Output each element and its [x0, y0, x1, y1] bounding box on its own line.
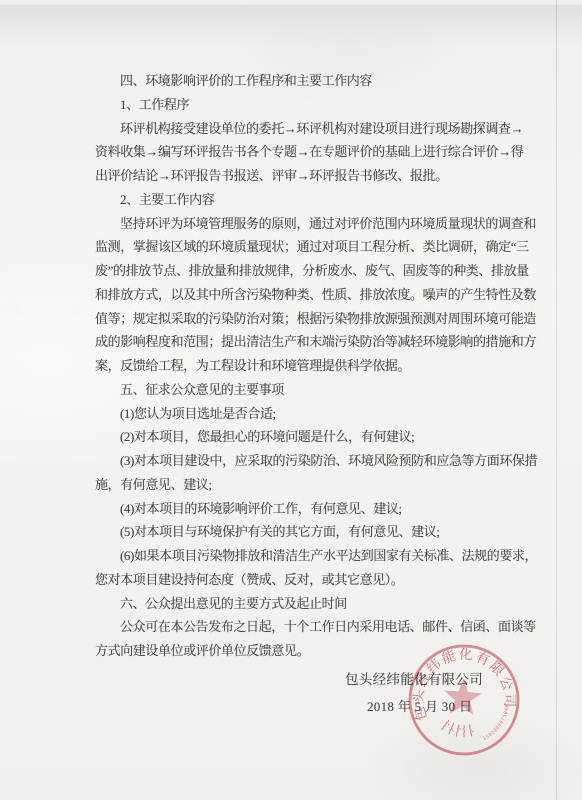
company-seal-stamp: 包头经纬能化有限公司 1502000075048: [389, 625, 539, 775]
document-lines: 四、环境影响评价的工作程序和主要工作内容1、工作程序环评机构接受建设单位的委托→…: [95, 69, 527, 663]
doc-line: 1、工作程序: [95, 93, 527, 117]
doc-line: (4)对本项目的环境影响评价工作，有何意见、建议;: [95, 497, 527, 521]
doc-line: 出评价结论→环评报告书报送、评审→环评报告书修改、报批。: [95, 164, 527, 188]
stamp-serial-digits: 1502000075048: [478, 703, 516, 742]
doc-line: 施，有何意见、建议;: [95, 473, 527, 497]
doc-line: (2)对本项目，您最担心的环境问题是什么，有何建议;: [95, 425, 527, 449]
stamp-mongolian-script-icon: [440, 717, 474, 740]
doc-line: (5)对本项目与环境保护有关的其它方面，有何意见、建议;: [95, 520, 527, 544]
doc-line: 资料收集→编写环评报告书各个专题→在专题评价的基础上进行综合评价→得: [95, 140, 527, 164]
doc-line: 五、征求公众意见的主要事项: [95, 378, 527, 402]
doc-line: (6)如果本项目污染物排放和清洁生产水平达到国家有关标准、法规的要求，: [95, 544, 527, 568]
doc-line: 案，反馈给工程，为工程设计和环境管理提供科学依据。: [95, 354, 527, 378]
svg-text:1502000075048: 1502000075048: [478, 703, 516, 742]
scanned-document-page: 四、环境影响评价的工作程序和主要工作内容1、工作程序环评机构接受建设单位的委托→…: [0, 0, 582, 800]
doc-line: 六、公众提出意见的主要方式及起止时间: [95, 592, 527, 616]
doc-line: 2、主要工作内容: [95, 188, 527, 212]
doc-line: 废”的排放节点、排放量和排放规律，分析废水、废气、固废等的种类、排放量: [95, 259, 527, 283]
scan-shadow-band: [0, 5, 582, 47]
doc-line: 监测，掌握该区域的环境质量现状；通过对项目工程分析、类比调研，确定“三: [95, 235, 527, 259]
doc-line: 成的影响程度和范围；提出清洁生产和末端污染防治等减轻环境影响的措施和方: [95, 330, 527, 354]
scan-crease-line: [556, 0, 557, 800]
stamp-arc-company-text: 包头经纬能化有限公司: [403, 639, 519, 723]
doc-line: 和排放方式，以及其中所含污染物种类、性质、排放浓度。噪声的产生特性及数: [95, 283, 527, 307]
doc-line: 值等；规定拟采取的污染防治对策；根据污染物排放源强预测对周围环境可能造: [95, 307, 527, 331]
doc-line: 坚持环评为环境管理服务的原则，通过对评价范围内环境质量现状的调查和: [95, 212, 527, 236]
doc-line: 您对本项目建设持何态度（赞成、反对，或其它意见）。: [95, 568, 527, 592]
doc-line: 环评机构接受建设单位的委托→环评机构对建设项目进行现场勘探调查→: [95, 117, 527, 141]
doc-line: (3)对本项目建设中，应采取的污染防治、环境风险预防和应急等方面环保措: [95, 449, 527, 473]
svg-text:包头经纬能化有限公司: 包头经纬能化有限公司: [403, 639, 519, 723]
document-body: 四、环境影响评价的工作程序和主要工作内容1、工作程序环评机构接受建设单位的委托→…: [95, 69, 527, 663]
doc-line: 四、环境影响评价的工作程序和主要工作内容: [95, 69, 527, 93]
stamp-star-icon: [443, 677, 483, 716]
doc-line: (1)您认为项目选址是否合适;: [95, 402, 527, 426]
